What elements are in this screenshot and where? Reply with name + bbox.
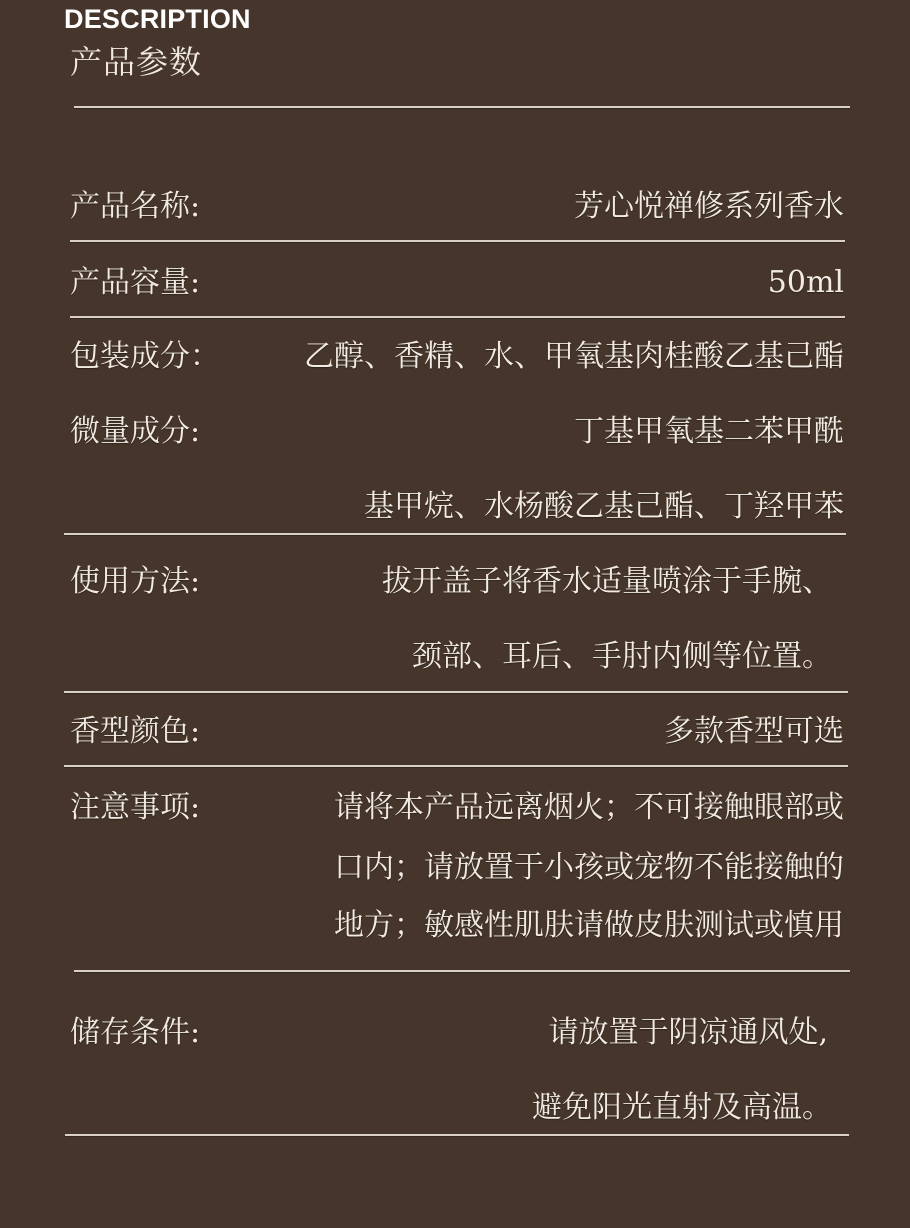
spec-value-precautions-line2: 口内；请放置于小孩或宠物不能接触的: [334, 848, 844, 888]
spec-value-usage-line1: 拔开盖子将香水适量喷涂于手腕、: [382, 562, 832, 602]
spec-label-usage: 使用方法:: [70, 562, 200, 602]
spec-value-precautions-line3: 地方；敏感性肌肤请做皮肤测试或慎用: [334, 906, 844, 946]
spec-value-packaging-ingredients: 乙醇、香精、水、甲氧基肉桂酸乙基己酯: [304, 337, 844, 377]
spec-value-usage-line2: 颈部、耳后、手肘内侧等位置。: [412, 637, 832, 677]
spec-label-product-name: 产品名称:: [70, 187, 200, 227]
section-title: 产品参数: [70, 42, 202, 82]
spec-value-storage-line2: 避免阳光直射及高温。: [532, 1088, 832, 1128]
divider: [65, 1134, 849, 1136]
spec-value-scent-color: 多款香型可选: [664, 712, 844, 752]
spec-value-storage-line1: 请放置于阴凉通风处,: [548, 1013, 828, 1053]
spec-label-storage: 储存条件:: [70, 1013, 200, 1053]
spec-label-scent-color: 香型颜色:: [70, 712, 200, 752]
spec-value-precautions-line1: 请将本产品远离烟火；不可接触眼部或: [334, 788, 844, 828]
spec-value-trace-ingredients-line1: 丁基甲氧基二苯甲酰: [574, 412, 844, 452]
divider: [64, 533, 846, 535]
spec-label-packaging-ingredients: 包装成分：: [70, 337, 220, 377]
spec-value-trace-ingredients-line2: 基甲烷、水杨酸乙基己酯、丁羟甲苯: [364, 487, 844, 527]
spec-label-trace-ingredients: 微量成分:: [70, 412, 200, 452]
divider: [70, 316, 845, 318]
description-eyebrow: DESCRIPTION: [64, 4, 251, 34]
spec-value-volume: 50ml: [768, 263, 844, 303]
spec-value-product-name: 芳心悦禅修系列香水: [574, 187, 844, 227]
divider: [74, 106, 850, 108]
spec-label-volume: 产品容量:: [70, 263, 200, 303]
divider: [64, 691, 848, 693]
divider: [70, 240, 845, 242]
spec-label-precautions: 注意事项:: [70, 788, 200, 828]
divider: [74, 970, 850, 972]
divider: [64, 765, 848, 767]
